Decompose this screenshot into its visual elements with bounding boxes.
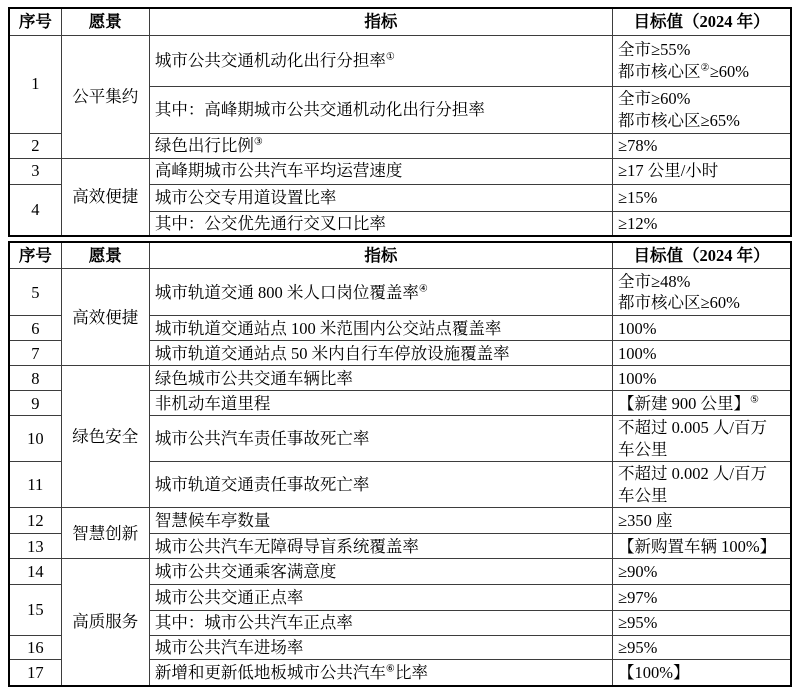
cell-seq: 13 — [9, 534, 61, 559]
cell-indicator: 绿色城市公共交通车辆比率 — [149, 366, 612, 391]
cell-target: ≥12% — [613, 211, 791, 236]
cell-indicator: 城市公交专用道设置比率 — [149, 184, 612, 211]
column-header-target: 目标值（2024 年） — [613, 242, 791, 269]
cell-target: 全市≥48% 都市核心区≥60% — [613, 269, 791, 316]
cell-vision: 绿色安全 — [61, 366, 149, 508]
cell-seq: 2 — [9, 133, 61, 158]
cell-target: ≥15% — [613, 184, 791, 211]
cell-indicator: 其中：公交优先通行交叉口比率 — [149, 211, 612, 236]
table-row: 3 高效便捷 高峰期城市公共汽车平均运营速度 ≥17 公里/小时 — [9, 158, 791, 184]
cell-target: ≥97% — [613, 585, 791, 611]
cell-target: 全市≥60% 都市核心区≥65% — [613, 86, 791, 133]
cell-indicator: 新增和更新低地板城市公共汽车⑥比率 — [149, 660, 612, 686]
cell-seq: 10 — [9, 416, 61, 462]
cell-target: 【100%】 — [613, 660, 791, 686]
cell-target: 100% — [613, 366, 791, 391]
cell-target: ≥95% — [613, 635, 791, 659]
cell-indicator: 城市公共汽车进场率 — [149, 635, 612, 659]
cell-seq: 12 — [9, 508, 61, 534]
cell-vision: 高效便捷 — [61, 158, 149, 236]
cell-target: 【新购置车辆 100%】 — [613, 534, 791, 559]
cell-vision: 智慧创新 — [61, 508, 149, 559]
cell-indicator: 城市公共交通正点率 — [149, 585, 612, 611]
cell-seq: 16 — [9, 635, 61, 659]
cell-indicator: 城市轨道交通 800 米人口岗位覆盖率④ — [149, 269, 612, 316]
cell-target: ≥90% — [613, 559, 791, 585]
cell-target: ≥17 公里/小时 — [613, 158, 791, 184]
table-row: 14 高质服务 城市公共交通乘客满意度 ≥90% — [9, 559, 791, 585]
column-header-seq: 序号 — [9, 8, 61, 35]
table-header-row: 序号 愿景 指标 目标值（2024 年） — [9, 242, 791, 269]
cell-indicator: 城市公共交通机动化出行分担率① — [149, 35, 612, 86]
table-row: 8 绿色安全 绿色城市公共交通车辆比率 100% — [9, 366, 791, 391]
cell-seq: 4 — [9, 184, 61, 236]
cell-target: ≥95% — [613, 611, 791, 635]
column-header-vision: 愿景 — [61, 8, 149, 35]
cell-indicator: 其中：城市公共汽车正点率 — [149, 611, 612, 635]
cell-indicator: 城市轨道交通责任事故死亡率 — [149, 462, 612, 508]
cell-indicator: 城市轨道交通站点 50 米内自行车停放设施覆盖率 — [149, 341, 612, 366]
cell-vision: 高质服务 — [61, 559, 149, 686]
cell-indicator: 城市公共汽车无障碍导盲系统覆盖率 — [149, 534, 612, 559]
cell-seq: 7 — [9, 341, 61, 366]
indicator-table-section-1: 序号 愿景 指标 目标值（2024 年） 1 公平集约 城市公共交通机动化出行分… — [8, 7, 792, 237]
column-header-seq: 序号 — [9, 242, 61, 269]
document-page: 序号 愿景 指标 目标值（2024 年） 1 公平集约 城市公共交通机动化出行分… — [0, 0, 800, 693]
cell-target: ≥350 座 — [613, 508, 791, 534]
cell-target: ≥78% — [613, 133, 791, 158]
cell-vision: 高效便捷 — [61, 269, 149, 366]
cell-seq: 17 — [9, 660, 61, 686]
column-header-target: 目标值（2024 年） — [613, 8, 791, 35]
cell-indicator: 非机动车道里程 — [149, 391, 612, 416]
cell-seq: 15 — [9, 585, 61, 635]
cell-target: 100% — [613, 316, 791, 341]
column-header-vision: 愿景 — [61, 242, 149, 269]
table-row: 12 智慧创新 智慧候车亭数量 ≥350 座 — [9, 508, 791, 534]
table-header-row: 序号 愿景 指标 目标值（2024 年） — [9, 8, 791, 35]
cell-indicator: 其中：高峰期城市公共交通机动化出行分担率 — [149, 86, 612, 133]
cell-target: 全市≥55% 都市核心区②≥60% — [613, 35, 791, 86]
cell-indicator: 智慧候车亭数量 — [149, 508, 612, 534]
cell-seq: 1 — [9, 35, 61, 133]
cell-seq: 9 — [9, 391, 61, 416]
cell-seq: 3 — [9, 158, 61, 184]
cell-target: 不超过 0.005 人/百万 车公里 — [613, 416, 791, 462]
cell-seq: 6 — [9, 316, 61, 341]
cell-target: 【新建 900 公里】⑤ — [613, 391, 791, 416]
column-header-indicator: 指标 — [149, 8, 612, 35]
cell-indicator: 城市公共交通乘客满意度 — [149, 559, 612, 585]
table-row: 5 高效便捷 城市轨道交通 800 米人口岗位覆盖率④ 全市≥48% 都市核心区… — [9, 269, 791, 316]
cell-indicator: 城市公共汽车责任事故死亡率 — [149, 416, 612, 462]
table-row: 1 公平集约 城市公共交通机动化出行分担率① 全市≥55% 都市核心区②≥60% — [9, 35, 791, 86]
cell-indicator: 绿色出行比例③ — [149, 133, 612, 158]
column-header-indicator: 指标 — [149, 242, 612, 269]
cell-target: 不超过 0.002 人/百万 车公里 — [613, 462, 791, 508]
cell-vision: 公平集约 — [61, 35, 149, 158]
cell-indicator: 城市轨道交通站点 100 米范围内公交站点覆盖率 — [149, 316, 612, 341]
cell-target: 100% — [613, 341, 791, 366]
cell-seq: 11 — [9, 462, 61, 508]
cell-indicator: 高峰期城市公共汽车平均运营速度 — [149, 158, 612, 184]
indicator-table-section-2: 序号 愿景 指标 目标值（2024 年） 5 高效便捷 城市轨道交通 800 米… — [8, 241, 792, 687]
cell-seq: 14 — [9, 559, 61, 585]
cell-seq: 8 — [9, 366, 61, 391]
cell-seq: 5 — [9, 269, 61, 316]
